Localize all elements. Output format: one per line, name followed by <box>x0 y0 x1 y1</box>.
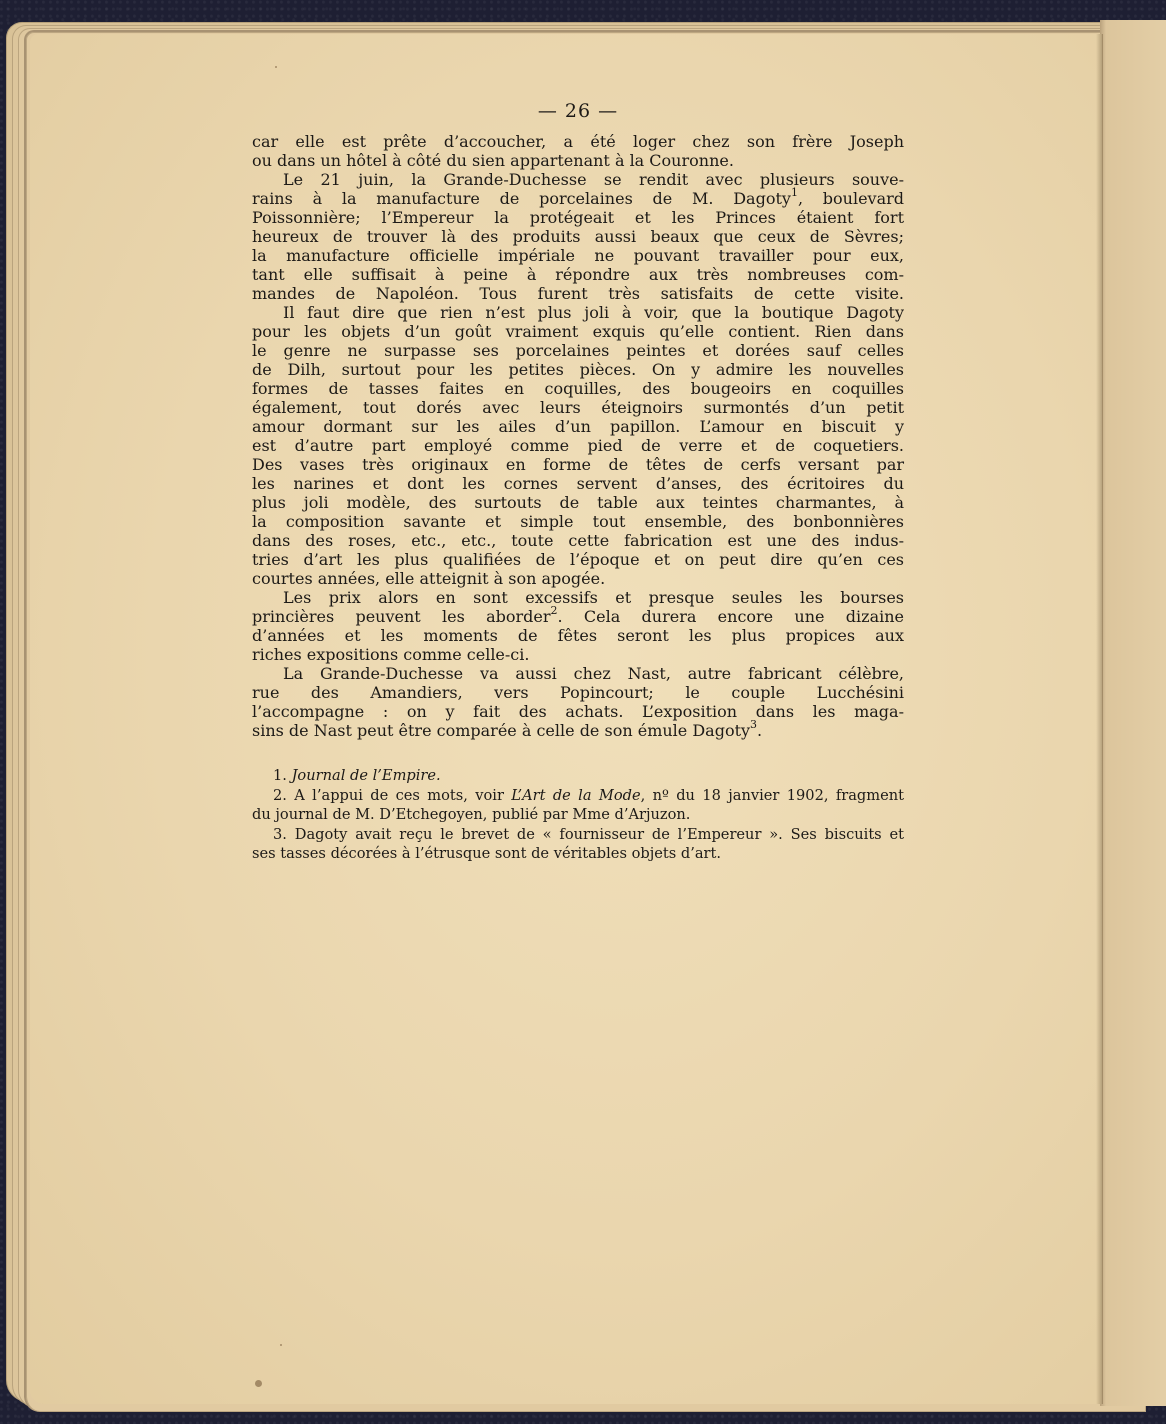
text-line: heureux de trouver là des produits aussi… <box>252 227 904 246</box>
footnote-number: 3. <box>273 826 287 843</box>
page-number: — 26 — <box>252 100 904 122</box>
paragraph: car elle est prête d’accoucher, a été lo… <box>252 132 904 170</box>
text-line: sins de Nast peut être comparée à celle … <box>252 721 904 740</box>
text-line: les narines et dont les cornes servent d… <box>252 474 904 493</box>
paper-stain <box>255 1380 262 1387</box>
footnote-2-cont: du journal de M. D’Etchegoyen, publié pa… <box>252 805 904 825</box>
text-line: rue des Amandiers, vers Popincourt; le c… <box>252 683 904 702</box>
paragraph: Les prix alors en sont excessifs et pres… <box>252 588 904 664</box>
text-line: la composition savante et simple tout en… <box>252 512 904 531</box>
footnote-text: Dagoty avait reçu le brevet de « fournis… <box>295 826 904 843</box>
text-line: mandes de Napoléon. Tous furent très sat… <box>252 284 904 303</box>
text-line: pour les objets d’un goût vraiment exqui… <box>252 322 904 341</box>
footnote-ref[interactable]: 1 <box>791 186 798 199</box>
footnote-2: 2. A l’appui de ces mots, voir L’Art de … <box>252 786 904 806</box>
text-line: d’années et les moments de fêtes seront … <box>252 626 904 645</box>
footnote-3-cont: ses tasses décorées à l’étrusque sont de… <box>252 844 904 864</box>
paper-speck <box>280 1344 282 1346</box>
text-fragment: sins de Nast peut être comparée à celle … <box>252 721 750 740</box>
text-fragment: . Cela durera encore une dizaine <box>558 607 905 626</box>
paragraph: La Grande-Duchesse va aussi chez Nast, a… <box>252 664 904 740</box>
footnote-number: 2. <box>273 787 287 804</box>
footnote-text: , nº du 18 janvier 1902, fragment <box>641 787 904 804</box>
text-line: tant elle suffisait à peine à répondre a… <box>252 265 904 284</box>
footnote-ref[interactable]: 3 <box>750 718 757 731</box>
footnote-number: 1. <box>273 767 287 784</box>
text-line: plus joli modèle, des surtouts de table … <box>252 493 904 512</box>
text-line: dans des roses, etc., etc., toute cette … <box>252 531 904 550</box>
text-line: formes de tasses faites en coquilles, de… <box>252 379 904 398</box>
body-text: car elle est prête d’accoucher, a été lo… <box>252 132 904 740</box>
text-line: Le 21 juin, la Grande-Duchesse se rendit… <box>252 170 904 189</box>
text-fragment: . <box>757 721 762 740</box>
text-line: riches expositions comme celle-ci. <box>252 645 904 664</box>
text-line: est d’autre part employé comme pied de v… <box>252 436 904 455</box>
footnotes: 1. Journal de l’Empire. 2. A l’appui de … <box>252 766 904 864</box>
text-line: princières peuvent les aborder2. Cela du… <box>252 607 904 626</box>
footnote-title: Journal de l’Empire. <box>292 767 441 784</box>
text-line: Des vases très originaux en forme de têt… <box>252 455 904 474</box>
page-text: — 26 — car elle est prête d’accoucher, a… <box>252 100 904 864</box>
paragraph: Le 21 juin, la Grande-Duchesse se rendit… <box>252 170 904 303</box>
text-line: tries d’art les plus qualifiées de l’épo… <box>252 550 904 569</box>
text-line: ou dans un hôtel à côté du sien apparten… <box>252 151 904 170</box>
text-line: courtes années, elle atteignit à son apo… <box>252 569 904 588</box>
text-line: car elle est prête d’accoucher, a été lo… <box>252 132 904 151</box>
text-line: amour dormant sur les ailes d’un papillo… <box>252 417 904 436</box>
text-line: l’accompagne : on y fait des achats. L’e… <box>252 702 904 721</box>
paragraph: Il faut dire que rien n’est plus joli à … <box>252 303 904 588</box>
footnote-text: A l’appui de ces mots, voir <box>294 787 504 804</box>
text-line: le genre ne surpasse ses porcelaines pei… <box>252 341 904 360</box>
text-line: de Dilh, surtout pour les petites pièces… <box>252 360 904 379</box>
paper-speck <box>275 66 277 68</box>
footnote-ref[interactable]: 2 <box>551 604 558 617</box>
text-line: rains à la manufacture de porcelaines de… <box>252 189 904 208</box>
next-page-edge <box>1100 20 1166 1406</box>
text-line: également, tout dorés avec leurs éteigno… <box>252 398 904 417</box>
text-fragment: , boulevard <box>798 189 904 208</box>
text-fragment: rains à la manufacture de porcelaines de… <box>252 189 791 208</box>
text-line: Il faut dire que rien n’est plus joli à … <box>252 303 904 322</box>
footnote-3: 3. Dagoty avait reçu le brevet de « four… <box>252 825 904 845</box>
text-line: Poissonnière; l’Empereur la protégeait e… <box>252 208 904 227</box>
text-line: La Grande-Duchesse va aussi chez Nast, a… <box>252 664 904 683</box>
footnote-1: 1. Journal de l’Empire. <box>252 766 904 786</box>
text-line: Les prix alors en sont excessifs et pres… <box>252 588 904 607</box>
footnote-title: L’Art de la Mode <box>511 787 640 804</box>
text-line: la manufacture officielle impériale ne p… <box>252 246 904 265</box>
text-fragment: princières peuvent les aborder <box>252 607 551 626</box>
